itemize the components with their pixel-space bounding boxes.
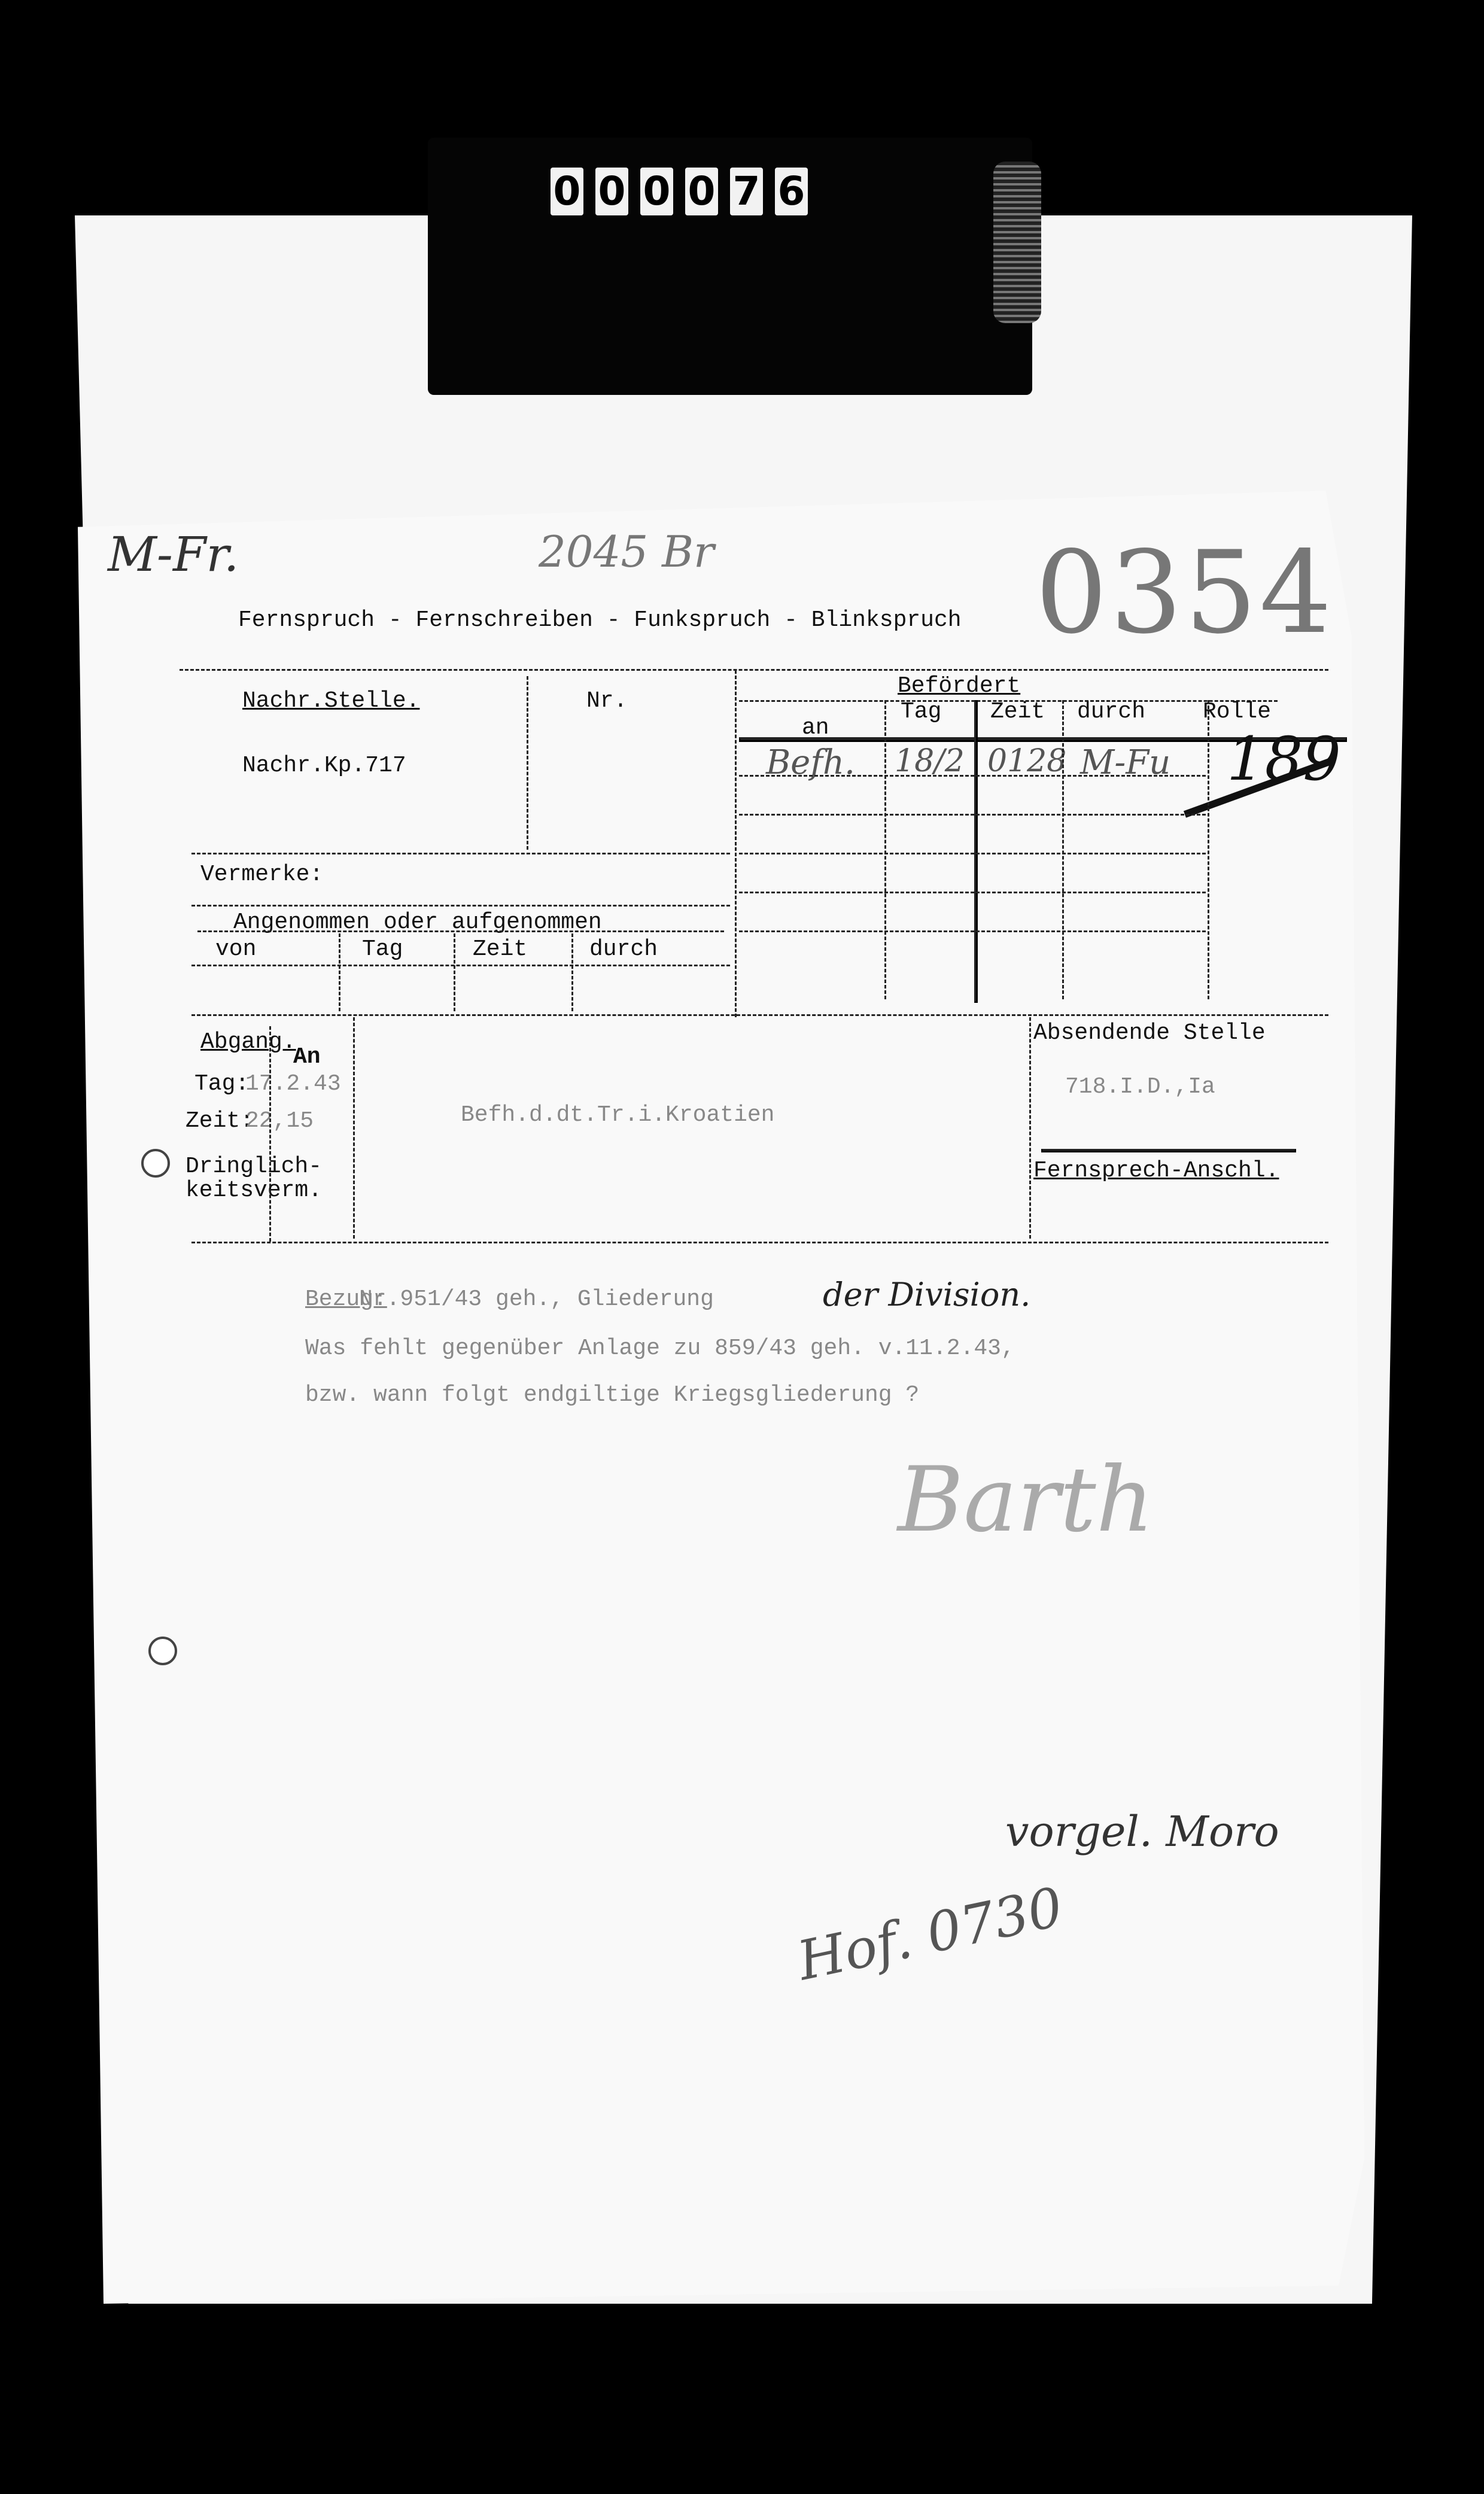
counter-digit: 7 — [730, 168, 763, 215]
dringlichkeit-label-2: keitsverm. — [185, 1178, 322, 1203]
bezug-text: Nr.951/43 geh., Gliederung — [359, 1286, 714, 1312]
rule — [739, 814, 1206, 816]
handwritten-note-m-fr: M-Fr. — [108, 527, 239, 582]
row-zeit: 0128 — [987, 743, 1066, 779]
nachr-stelle-value: Nachr.Kp.717 — [242, 753, 406, 778]
vermerke-label: Vermerke: — [200, 862, 323, 887]
rule — [739, 775, 1206, 777]
rule — [974, 700, 978, 1003]
rule — [1029, 1017, 1031, 1239]
counter-digit: 0 — [685, 168, 718, 215]
abgang-label: Abgang. — [200, 1029, 296, 1055]
col-tag: Tag — [901, 699, 941, 725]
rule — [527, 676, 528, 850]
punch-hole — [141, 1149, 170, 1178]
absendende-stelle-value: 718.I.D.,Ia — [1065, 1074, 1215, 1100]
abgang-zeit-value: 22,15 — [245, 1108, 314, 1134]
bezug-handwritten: der Division. — [823, 1276, 1030, 1313]
befoerdert-title: Befördert — [898, 673, 1020, 699]
rule — [191, 853, 730, 854]
rule — [571, 933, 573, 1011]
rule — [739, 892, 1206, 893]
counter-digit: 0 — [595, 168, 628, 215]
absendende-stelle-label: Absendende Stelle — [1033, 1020, 1266, 1046]
rule — [1041, 1149, 1296, 1152]
col-zeit: Zeit — [473, 936, 527, 962]
col-tag: Tag — [362, 936, 403, 962]
col-von: von — [215, 936, 256, 962]
an-recipient: Befh.d.dt.Tr.i.Kroatien — [461, 1102, 775, 1128]
col-durch: durch — [589, 936, 658, 962]
rule — [191, 965, 730, 966]
handwritten-note-2045: 2045 Br — [539, 527, 714, 577]
counter-knob — [993, 162, 1041, 323]
rule — [739, 853, 1206, 854]
frame-counter: 0 0 0 0 7 6 — [551, 168, 808, 215]
signature-main: Barth — [898, 1448, 1154, 1552]
punch-hole — [148, 1637, 177, 1665]
dringlichkeit-label: Dringlich- — [185, 1154, 322, 1179]
rule — [1062, 700, 1064, 999]
nr-label: Nr. — [586, 688, 627, 714]
abgang-tag-value: 17.2.43 — [245, 1071, 341, 1097]
rule — [739, 930, 1206, 932]
rule — [269, 1026, 271, 1242]
rule — [735, 670, 737, 1017]
counter-digit: 6 — [775, 168, 808, 215]
col-durch: durch — [1077, 699, 1145, 725]
form-title-types: Fernspruch - Fernschreiben - Funkspruch … — [238, 607, 962, 633]
rule — [197, 930, 724, 932]
rule — [191, 1014, 1328, 1016]
col-zeit: Zeit — [990, 699, 1045, 725]
counter-digit: 0 — [551, 168, 583, 215]
abgang-tag-label: Tag: — [194, 1071, 249, 1097]
rule — [339, 933, 340, 1011]
an-label: An — [293, 1044, 321, 1070]
rule — [191, 905, 730, 907]
counter-digit: 0 — [640, 168, 673, 215]
message-line-2: bzw. wann folgt endgiltige Kriegsglieder… — [305, 1382, 919, 1408]
signature-vorgelegt: vorgel. Moro — [1005, 1807, 1279, 1856]
rule — [180, 669, 1328, 671]
col-rolle: Rolle — [1203, 699, 1271, 725]
rule — [353, 1017, 355, 1239]
message-line-1: Was fehlt gegenüber Anlage zu 859/43 geh… — [305, 1336, 1015, 1361]
row-tag: 18/2 — [895, 743, 965, 779]
rule — [1208, 700, 1209, 999]
rule — [191, 1242, 1328, 1243]
nachr-stelle-label: Nachr.Stelle. — [242, 688, 419, 714]
fernsprech-anschluss-label: Fernsprech-Anschl. — [1033, 1158, 1279, 1184]
rule — [454, 933, 455, 1011]
row-rolle: 189 — [1227, 724, 1341, 794]
abgang-zeit-label: Zeit: — [185, 1108, 254, 1134]
stamp-number: 0354 — [1035, 527, 1334, 659]
rule — [884, 700, 886, 999]
